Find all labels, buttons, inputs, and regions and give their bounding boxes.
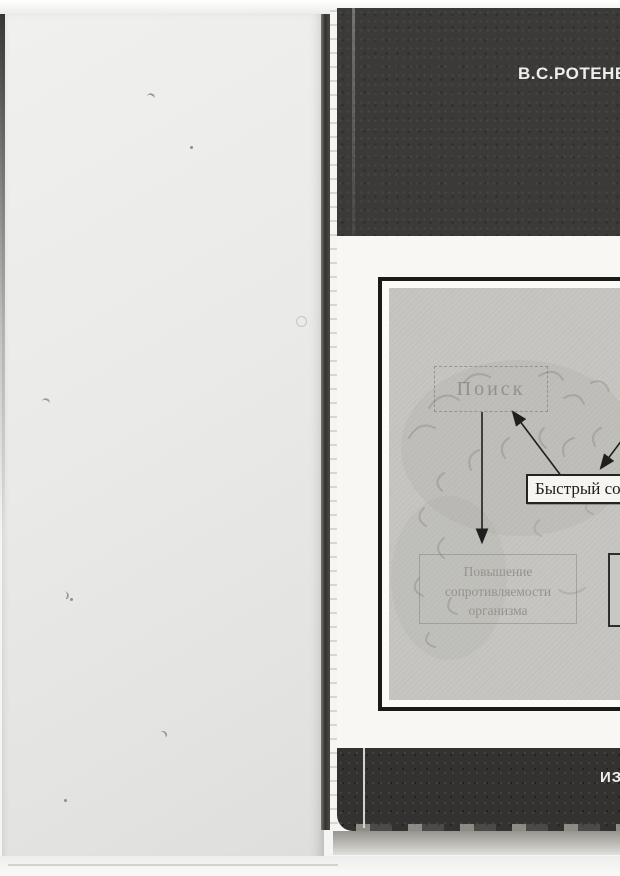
page-bottom-edge-line (8, 864, 338, 866)
diagram-frame: Поиск Быстрый сон Повышение сопротивляем… (378, 277, 620, 711)
search-activity-label: Поиск (457, 378, 526, 401)
diagram-panel: Поиск Быстрый сон Повышение сопротивляем… (389, 288, 620, 700)
author-name: В.С.РОТЕНБЕРГ (518, 64, 620, 84)
clipped-secondary-box (608, 553, 620, 627)
book-bottom-shadow (333, 831, 620, 855)
cover-bottom-black-panel (337, 748, 620, 831)
resistance-line-2: сопротивляемости (420, 582, 576, 602)
paper-speck (70, 598, 73, 601)
rem-sleep-box: Быстрый сон (526, 474, 620, 504)
cover-top-black-panel (337, 8, 620, 236)
resistance-line-1: Повышение (420, 562, 576, 582)
search-activity-box: Поиск (434, 366, 548, 412)
paper-speck (64, 799, 67, 802)
cover-worn-bottom-edge (340, 824, 620, 831)
scan-bottom-margin (0, 856, 620, 876)
resistance-line-3: организма (420, 601, 576, 621)
book-spine-shadow (321, 14, 330, 830)
cover-scratch-mark (352, 8, 355, 236)
rem-sleep-label: Быстрый сон (535, 479, 620, 499)
cover-crease-line (363, 748, 365, 828)
scanned-book-photo: В.С.РОТЕНБЕРГ (0, 0, 620, 876)
paper-speck (190, 146, 193, 149)
publisher-mark: ИЗДАТЕЛЬСТВО (600, 769, 620, 786)
paper-speck (296, 316, 307, 327)
page-left-edge-shadow (0, 14, 5, 534)
resistance-box: Повышение сопротивляемости организма (419, 554, 577, 624)
